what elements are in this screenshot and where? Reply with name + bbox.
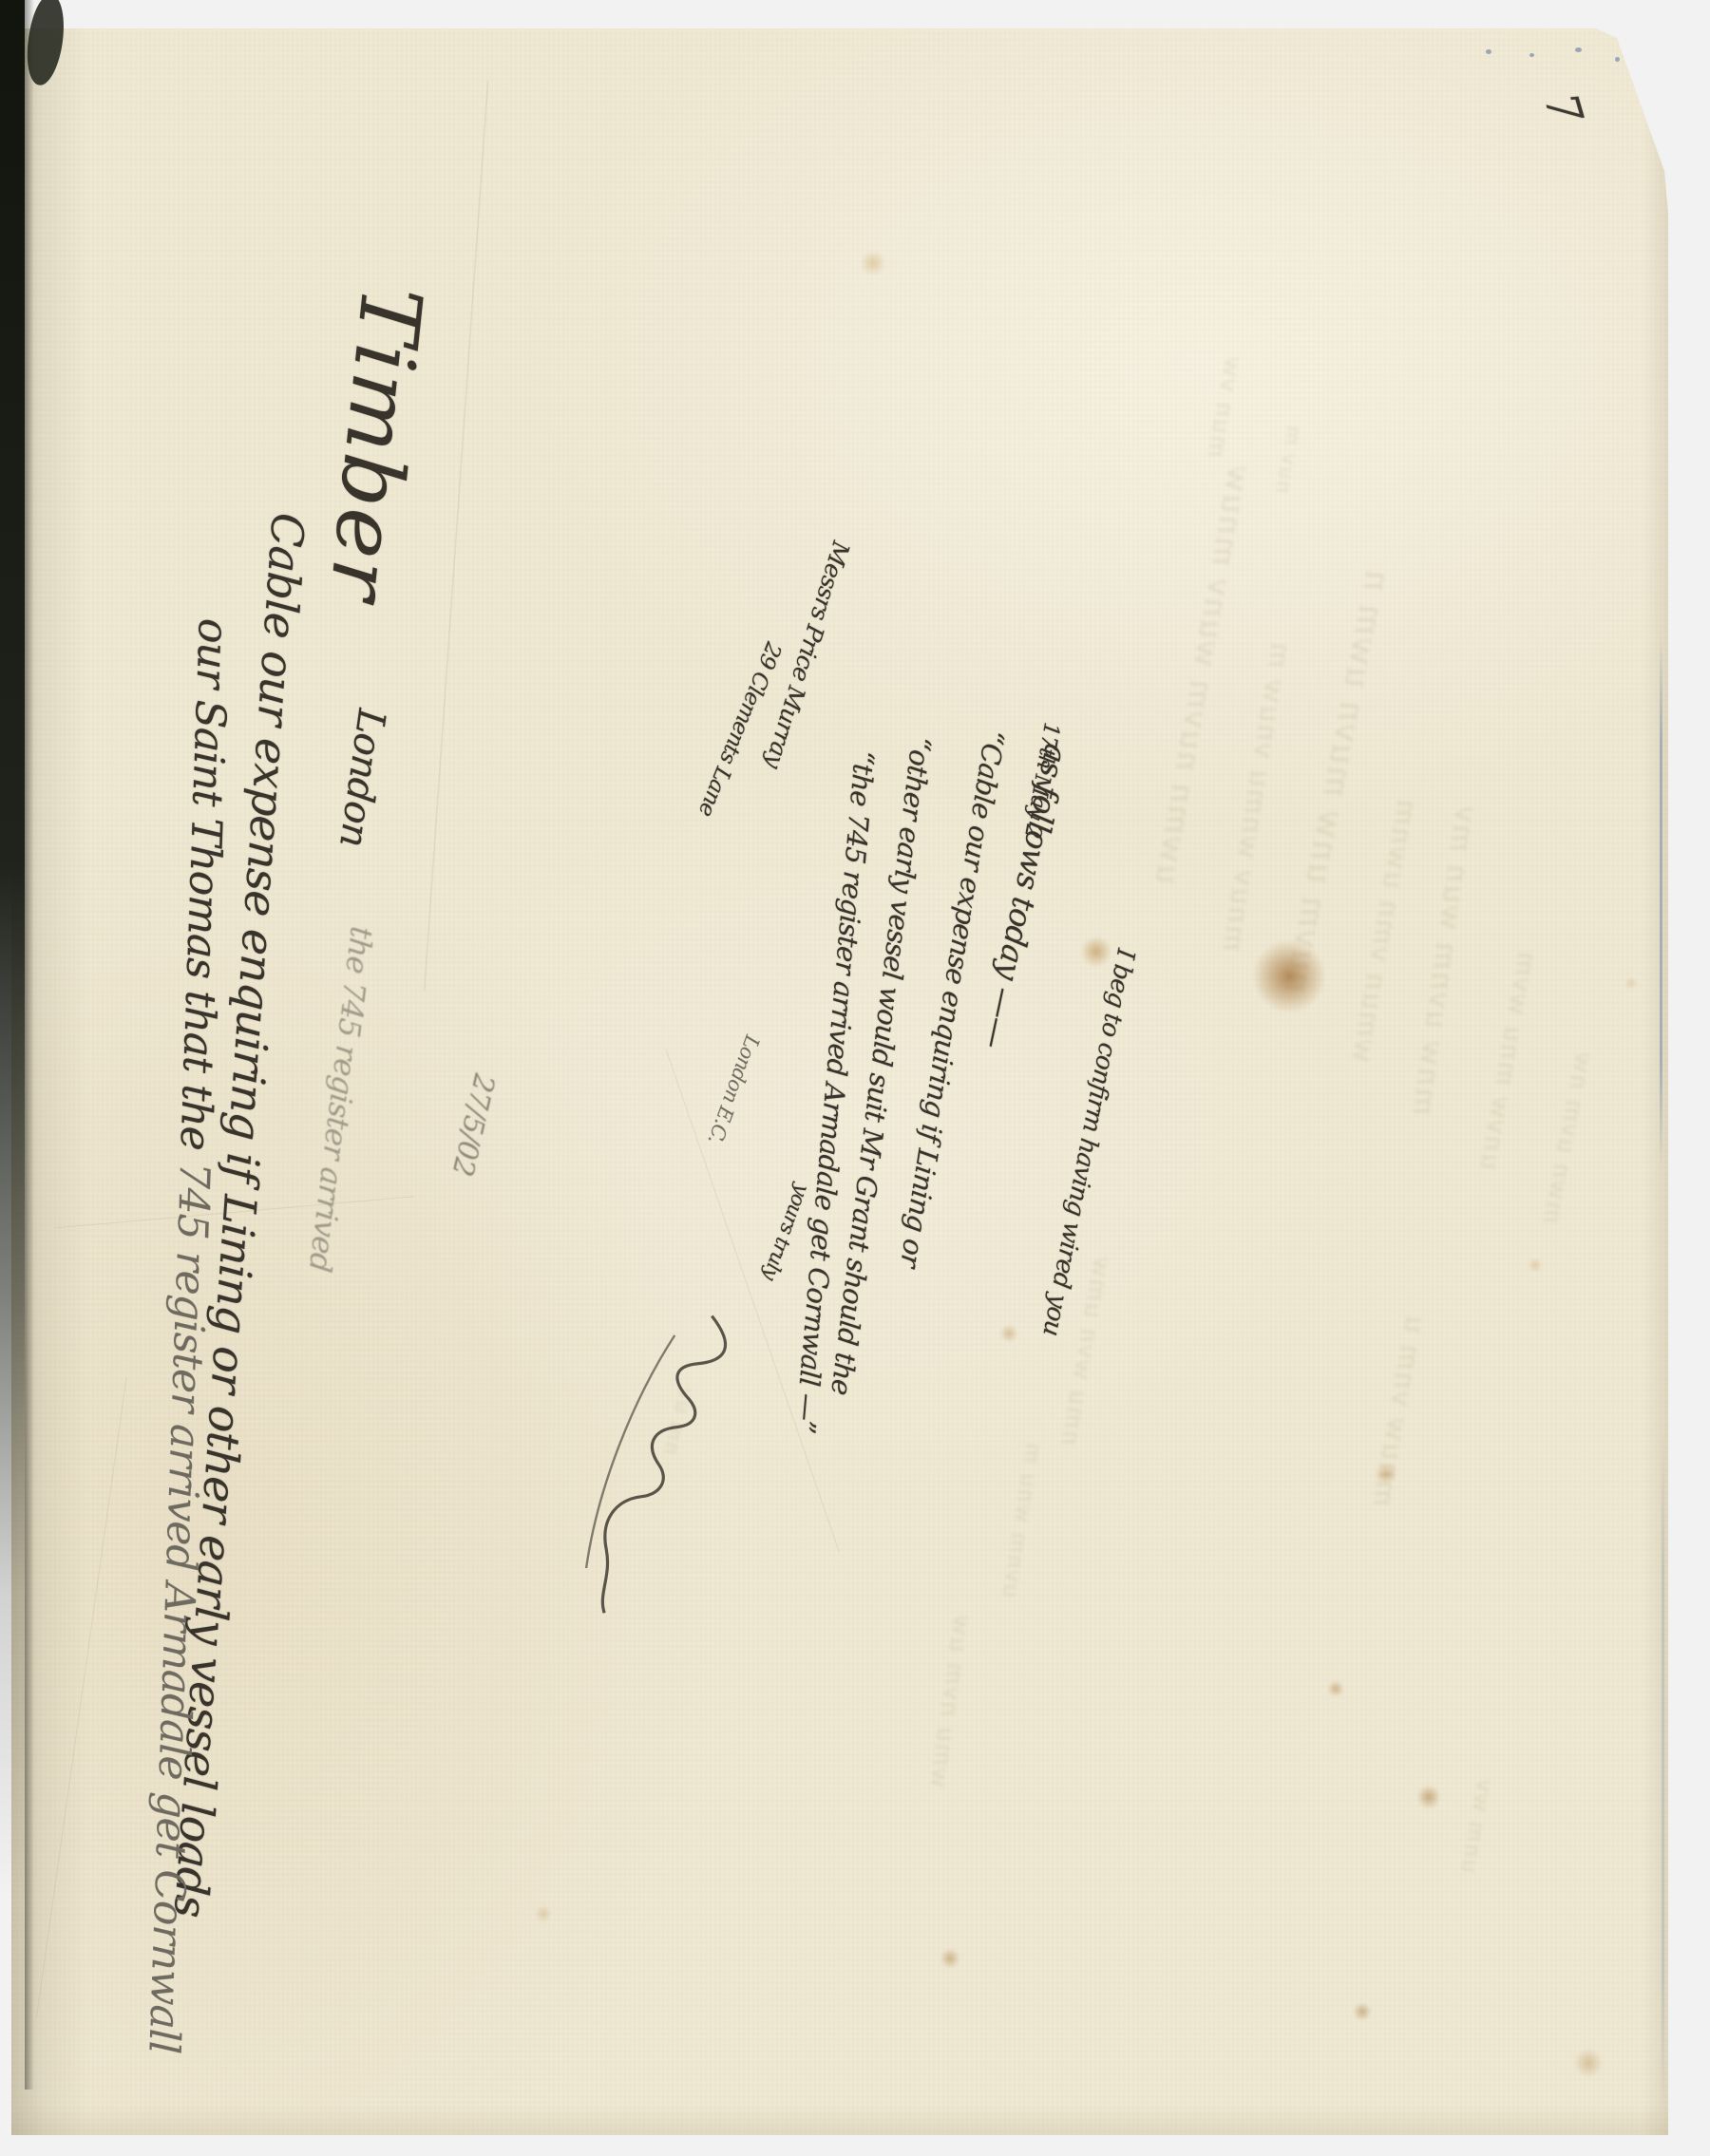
ghost-text-line: mun vw	[1201, 353, 1247, 461]
ghost-text-line: mnw uvnm wun mv	[1405, 803, 1485, 1119]
page-number: 7	[1533, 87, 1592, 129]
ghost-text-line: mwn uvm nw	[1537, 1049, 1599, 1227]
paper-crease	[423, 81, 489, 991]
blue-speck	[1615, 57, 1620, 62]
letterbook-scan: uwmn nuvm wunv mnuwmnuv wnmu vnuw mnuvm …	[0, 0, 1710, 2156]
margin-destination-heading: London	[331, 707, 393, 850]
foxing-stain	[1573, 2048, 1604, 2078]
paper-crease	[35, 1377, 127, 2017]
foxing-stain	[535, 1905, 552, 1922]
foxing-stain	[1416, 1785, 1441, 1809]
blue-speck	[1486, 49, 1491, 54]
ghost-text-line: mnuw vnm u	[1366, 1312, 1433, 1510]
margin-subject-heading: Timber	[311, 282, 441, 607]
foxing-stain	[1327, 1680, 1344, 1697]
foxing-stain	[940, 1948, 960, 1969]
blue-edge-line	[1660, 636, 1662, 1168]
binding-shadow	[25, 0, 34, 2090]
pencil-filing-note: 27/5/02	[445, 1070, 501, 1179]
foxing-stain	[860, 250, 886, 276]
addressee-line3: London E.C.	[704, 1032, 764, 1146]
foxing-stain	[1080, 936, 1112, 968]
foxing-stain	[999, 1324, 1018, 1343]
ghost-text-line: wmu nvm uw	[923, 1612, 976, 1790]
ghost-text-line: mnuv wnmu vnuw m	[1215, 638, 1297, 955]
blue-speck	[1529, 53, 1534, 57]
letter-page: uwmn nuvm wunv mnuwmnuv wnmu vnuw mnuvm …	[11, 28, 1668, 2135]
blue-speck	[1575, 47, 1582, 52]
foxing-stain	[1528, 1258, 1543, 1273]
ghost-text-line: nuv m	[1270, 423, 1305, 496]
ghost-text-line: unvw mnu wvm	[1474, 948, 1544, 1173]
ghost-text-line: uvnm wnu m	[997, 1440, 1048, 1600]
foxing-stain	[1353, 2002, 1372, 2021]
ghost-text-line: unm wv	[1455, 1776, 1498, 1876]
pencil-interline-note: the 745 register arrived	[302, 924, 380, 1274]
ghost-text-line: wmun vmn uwnm	[1345, 796, 1424, 1066]
foxing-stain	[1624, 976, 1638, 990]
blue-edge-line	[1662, 1434, 1664, 2118]
signature-flourish	[543, 1293, 754, 1630]
book-binding-edge	[0, 0, 25, 2156]
